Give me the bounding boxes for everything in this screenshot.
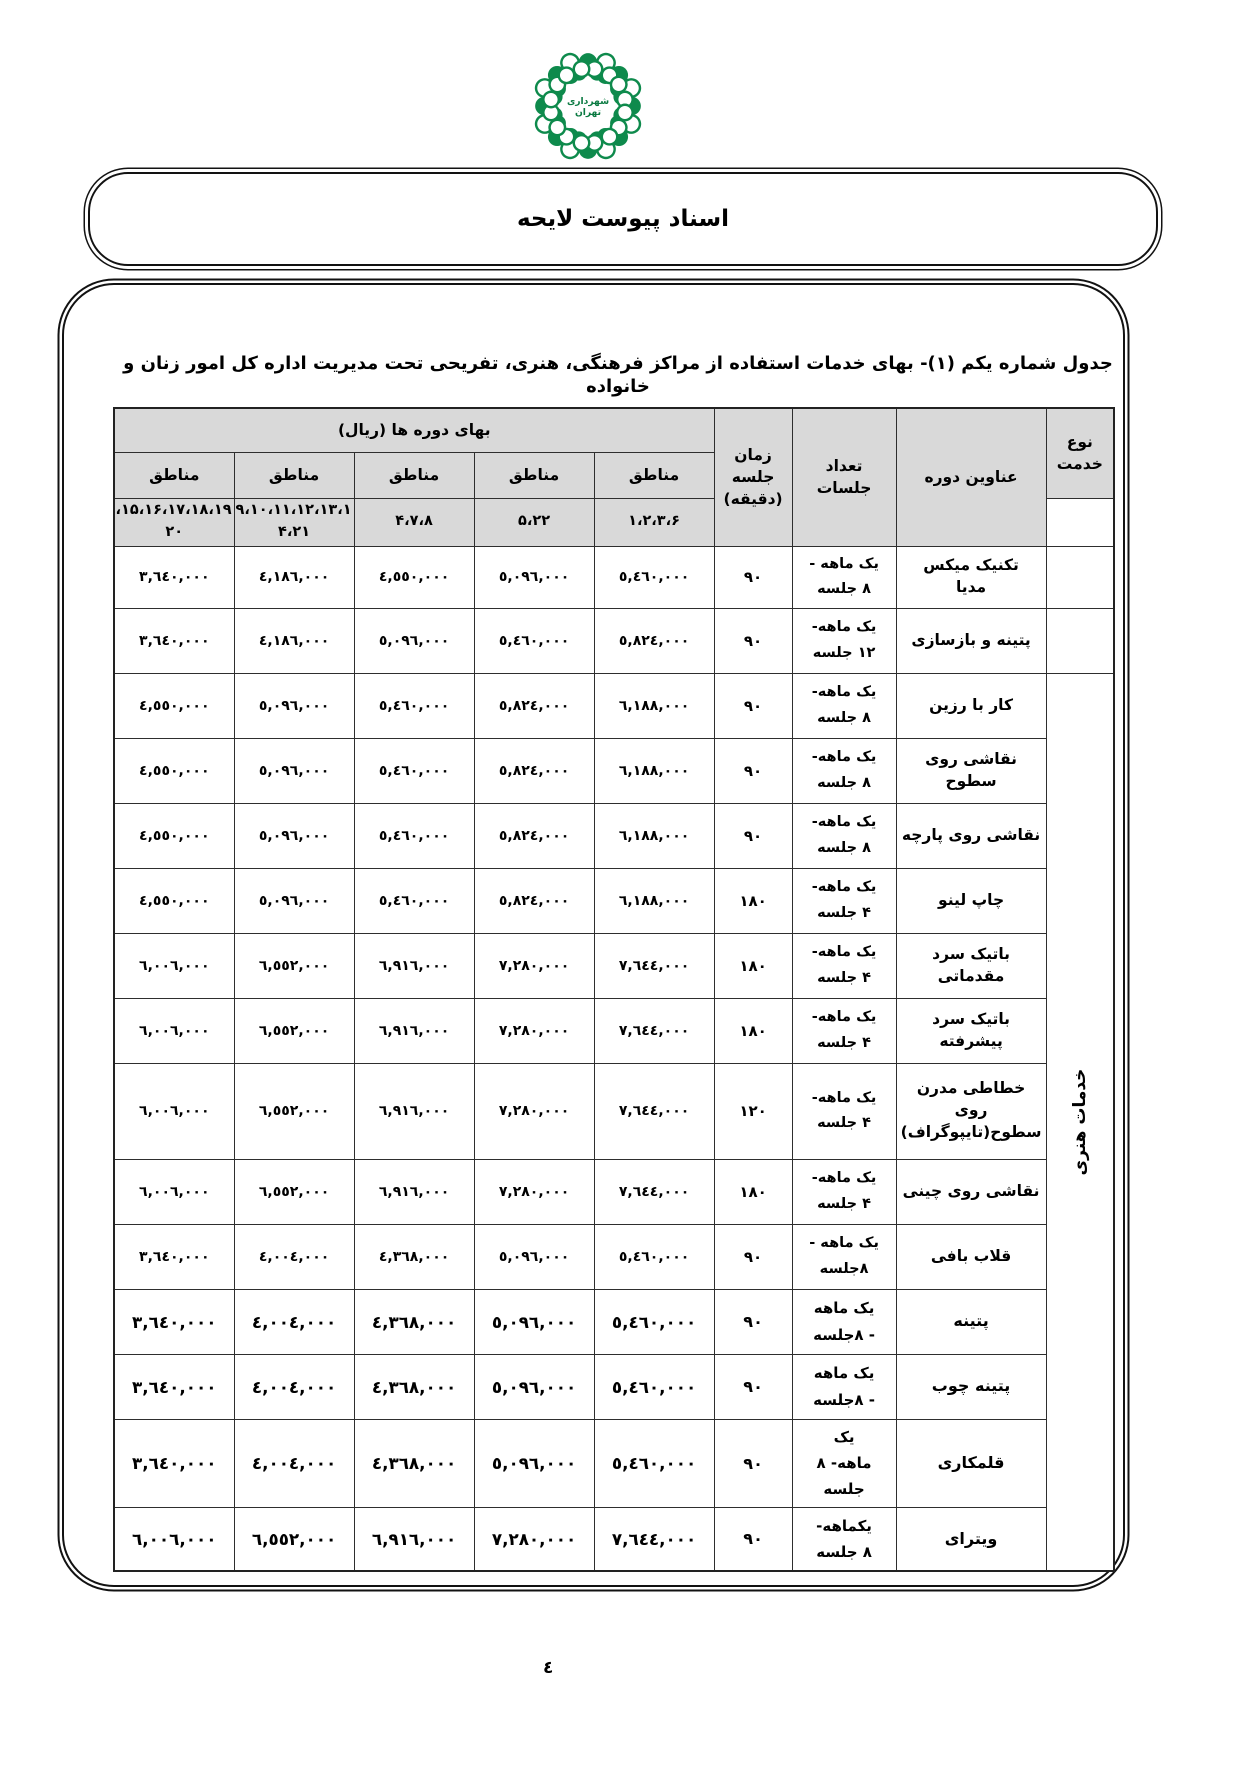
session-time-cell: ۹۰ (714, 608, 792, 673)
price-cell-region-group-0: ٥,٨٢٤,٠٠٠ (594, 608, 714, 673)
course-title-cell: قلاب بافی (896, 1224, 1046, 1289)
price-cell-region-group-0: ٥,٤٦٠,٠٠٠ (594, 1354, 714, 1419)
price-cell-region-group-1: ٧,٢٨٠,٠٠٠ (474, 998, 594, 1063)
session-count-cell: یک ماهه- ۴ جلسه (792, 998, 896, 1063)
price-cell-region-group-4: ٣,٦٤٠,٠٠٠ (114, 546, 234, 608)
price-cell-region-group-3: ٦,٥٥٢,٠٠٠ (234, 1063, 354, 1159)
price-cell-region-group-2: ٥,٤٦٠,٠٠٠ (354, 738, 474, 803)
session-time-cell: ۹۰ (714, 1507, 792, 1571)
service-type-empty-cell (1046, 608, 1114, 673)
price-cell-region-group-3: ٤,١٨٦,٠٠٠ (234, 608, 354, 673)
course-title-cell: پتینه (896, 1289, 1046, 1354)
course-title-cell: باتیک سرد پیشرفته (896, 998, 1046, 1063)
logo-center-text-line2: تهران (575, 108, 601, 118)
price-cell-region-group-0: ٥,٤٦٠,٠٠٠ (594, 1419, 714, 1507)
price-cell-region-group-1: ٥,٠٩٦,٠٠٠ (474, 1289, 594, 1354)
course-title-cell: باتیک سرد مقدماتی (896, 933, 1046, 998)
table-row: تکنیک میکس مدیایک ماهه - ۸ جلسه۹۰٥,٤٦٠,٠… (114, 546, 1114, 608)
regions-label: مناطق (474, 452, 594, 498)
course-title-cell: چاپ لینو (896, 868, 1046, 933)
price-cell-region-group-2: ٤,٣٦٨,٠٠٠ (354, 1224, 474, 1289)
service-type-vertical-label: خدمات هنری (1070, 1068, 1090, 1175)
price-cell-region-group-2: ٦,٩١٦,٠٠٠ (354, 998, 474, 1063)
table-row: قلاب بافییک ماهه - ۸جلسه۹۰٥,٤٦٠,٠٠٠٥,٠٩٦… (114, 1224, 1114, 1289)
price-cell-region-group-4: ٣,٦٤٠,٠٠٠ (114, 1354, 234, 1419)
session-time-cell: ۹۰ (714, 673, 792, 738)
course-title-cell: قلمکاری (896, 1419, 1046, 1507)
table-row: قلمکارییک ماهه- ۸ جلسه۹۰٥,٤٦٠,٠٠٠٥,٠٩٦,٠… (114, 1419, 1114, 1507)
session-count-cell: یک ماهه- ۱۲ جلسه (792, 608, 896, 673)
price-cell-region-group-2: ٦,٩١٦,٠٠٠ (354, 933, 474, 998)
region-group-15-20: ۱۵،۱۶،۱۷،۱۸،۱۹، ۲۰ (114, 498, 234, 546)
col-header-course-title: عناوین دوره (896, 408, 1046, 546)
price-cell-region-group-2: ٤,٥٥٠,٠٠٠ (354, 546, 474, 608)
session-count-cell: یک ماهه- ۸ جلسه (792, 803, 896, 868)
session-count-cell: یک ماهه- ۸ جلسه (792, 738, 896, 803)
price-cell-region-group-3: ٤,٠٠٤,٠٠٠ (234, 1289, 354, 1354)
page-number: ٤ (543, 1658, 553, 1678)
col-header-price: بهای دوره ها (ریال) (114, 408, 714, 452)
price-cell-region-group-3: ٥,٠٩٦,٠٠٠ (234, 738, 354, 803)
price-cell-region-group-3: ٦,٥٥٢,٠٠٠ (234, 933, 354, 998)
region-group-5-22: ۵،۲۲ (474, 498, 594, 546)
session-time-cell: ۹۰ (714, 546, 792, 608)
regions-label: مناطق (234, 452, 354, 498)
price-cell-region-group-0: ٦,١٨٨,٠٠٠ (594, 673, 714, 738)
price-cell-region-group-2: ٥,٤٦٠,٠٠٠ (354, 868, 474, 933)
logo-center-text-line1: شهرداری (567, 97, 609, 107)
price-cell-region-group-1: ٥,٤٦٠,٠٠٠ (474, 608, 594, 673)
course-title-cell: نقاشی روی سطوح (896, 738, 1046, 803)
price-cell-region-group-1: ٥,٠٩٦,٠٠٠ (474, 1354, 594, 1419)
course-title-cell: نقاشی روی پارچه (896, 803, 1046, 868)
price-cell-region-group-0: ٥,٤٦٠,٠٠٠ (594, 1289, 714, 1354)
session-count-cell: یک ماهه - ۸جلسه (792, 1224, 896, 1289)
session-count-cell: یک ماهه- ۴ جلسه (792, 1063, 896, 1159)
col-header-service-type: نوع خدمت (1046, 408, 1114, 498)
price-cell-region-group-4: ٤,٥٥٠,٠٠٠ (114, 738, 234, 803)
region-group-1-2-3-6: ۱،۲،۳،۶ (594, 498, 714, 546)
col-header-session-count: تعداد جلسات (792, 408, 896, 546)
course-title-cell: پتینه و بازسازی (896, 608, 1046, 673)
col-header-session-time: زمان جلسه (دقیقه) (714, 408, 792, 546)
price-cell-region-group-2: ٥,٤٦٠,٠٠٠ (354, 673, 474, 738)
table-row: باتیک سرد پیشرفتهیک ماهه- ۴ جلسه۱۸۰٧,٦٤٤… (114, 998, 1114, 1063)
table-row: پتینه و بازسازییک ماهه- ۱۲ جلسه۹۰٥,٨٢٤,٠… (114, 608, 1114, 673)
table-row: نقاشی روی پارچهیک ماهه- ۸ جلسه۹۰٦,١٨٨,٠٠… (114, 803, 1114, 868)
price-cell-region-group-1: ٥,٠٩٦,٠٠٠ (474, 546, 594, 608)
price-cell-region-group-3: ٤,٠٠٤,٠٠٠ (234, 1419, 354, 1507)
price-cell-region-group-3: ٤,٠٠٤,٠٠٠ (234, 1354, 354, 1419)
price-cell-region-group-0: ٦,١٨٨,٠٠٠ (594, 803, 714, 868)
session-time-cell: ۱۸۰ (714, 1159, 792, 1224)
price-cell-region-group-0: ٦,١٨٨,٠٠٠ (594, 868, 714, 933)
session-count-cell: یک ماهه - ۸جلسه (792, 1289, 896, 1354)
session-count-cell: یک ماهه- ۸ جلسه (792, 673, 896, 738)
table-row: چاپ لینویک ماهه- ۴ جلسه۱۸۰٦,١٨٨,٠٠٠٥,٨٢٤… (114, 868, 1114, 933)
price-cell-region-group-1: ٥,٨٢٤,٠٠٠ (474, 868, 594, 933)
session-time-cell: ۹۰ (714, 1419, 792, 1507)
price-cell-region-group-4: ٣,٦٤٠,٠٠٠ (114, 1419, 234, 1507)
session-time-cell: ۱۸۰ (714, 933, 792, 998)
price-cell-region-group-3: ٦,٥٥٢,٠٠٠ (234, 1159, 354, 1224)
price-cell-region-group-4: ٦,٠٠٦,٠٠٠ (114, 998, 234, 1063)
service-type-gap-cell (1046, 498, 1114, 546)
session-count-cell: یکماهه- ۸ جلسه (792, 1507, 896, 1571)
price-cell-region-group-1: ٥,٠٩٦,٠٠٠ (474, 1419, 594, 1507)
price-cell-region-group-0: ٧,٦٤٤,٠٠٠ (594, 998, 714, 1063)
region-group-9-14-21: ۹،۱۰،۱۱،۱۲،۱۳،۱ ۴،۲۱ (234, 498, 354, 546)
session-time-cell: ۱۸۰ (714, 998, 792, 1063)
price-cell-region-group-0: ٧,٦٤٤,٠٠٠ (594, 1159, 714, 1224)
tehran-municipality-logo-icon: شهرداری تهران (527, 42, 649, 170)
price-table: نوع خدمت عناوین دوره تعداد جلسات زمان جل… (113, 407, 1115, 1572)
course-title-cell: ویترای (896, 1507, 1046, 1571)
service-type-cell: خدمات هنری (1046, 673, 1114, 1571)
price-cell-region-group-1: ٥,٨٢٤,٠٠٠ (474, 673, 594, 738)
price-cell-region-group-4: ٣,٦٤٠,٠٠٠ (114, 608, 234, 673)
price-cell-region-group-1: ٥,٨٢٤,٠٠٠ (474, 738, 594, 803)
price-cell-region-group-1: ٥,٠٩٦,٠٠٠ (474, 1224, 594, 1289)
course-title-cell: کار با رزین (896, 673, 1046, 738)
service-type-empty-cell (1046, 546, 1114, 608)
session-count-cell: یک ماهه - ۸ جلسه (792, 546, 896, 608)
session-count-cell: یک ماهه- ۴ جلسه (792, 1159, 896, 1224)
price-cell-region-group-3: ٦,٥٥٢,٠٠٠ (234, 998, 354, 1063)
price-cell-region-group-0: ٧,٦٤٤,٠٠٠ (594, 933, 714, 998)
table-row: ویتراییکماهه- ۸ جلسه۹۰٧,٦٤٤,٠٠٠٧,٢٨٠,٠٠٠… (114, 1507, 1114, 1571)
price-cell-region-group-4: ٦,٠٠٦,٠٠٠ (114, 1507, 234, 1571)
attachment-title: اسناد پیوست لایحه (517, 206, 729, 232)
table-row: باتیک سرد مقدماتییک ماهه- ۴ جلسه۱۸۰٧,٦٤٤… (114, 933, 1114, 998)
table-row: نقاشی روی چینییک ماهه- ۴ جلسه۱۸۰٧,٦٤٤,٠٠… (114, 1159, 1114, 1224)
price-cell-region-group-2: ٦,٩١٦,٠٠٠ (354, 1507, 474, 1571)
regions-label: مناطق (354, 452, 474, 498)
price-cell-region-group-3: ٤,١٨٦,٠٠٠ (234, 546, 354, 608)
price-cell-region-group-2: ٤,٣٦٨,٠٠٠ (354, 1354, 474, 1419)
session-count-cell: یک ماهه- ۴ جلسه (792, 868, 896, 933)
attachment-title-box: اسناد پیوست لایحه (88, 172, 1158, 266)
price-cell-region-group-0: ٧,٦٤٤,٠٠٠ (594, 1507, 714, 1571)
price-cell-region-group-4: ٣,٦٤٠,٠٠٠ (114, 1289, 234, 1354)
table-row: خطاطی مدرن روی سطوح(تایپوگراف)یک ماهه- ۴… (114, 1063, 1114, 1159)
session-time-cell: ۹۰ (714, 1224, 792, 1289)
session-time-cell: ۱۸۰ (714, 868, 792, 933)
course-title-cell: نقاشی روی چینی (896, 1159, 1046, 1224)
price-cell-region-group-1: ٧,٢٨٠,٠٠٠ (474, 1507, 594, 1571)
price-cell-region-group-3: ٥,٠٩٦,٠٠٠ (234, 673, 354, 738)
table-title: جدول شماره یکم (۱)- بهای خدمات استفاده ا… (123, 352, 1113, 399)
price-cell-region-group-3: ٥,٠٩٦,٠٠٠ (234, 803, 354, 868)
table-row: پتینه چوبیک ماهه - ۸جلسه۹۰٥,٤٦٠,٠٠٠٥,٠٩٦… (114, 1354, 1114, 1419)
price-cell-region-group-1: ٧,٢٨٠,٠٠٠ (474, 1063, 594, 1159)
session-count-cell: یک ماهه- ۴ جلسه (792, 933, 896, 998)
price-cell-region-group-0: ٥,٤٦٠,٠٠٠ (594, 1224, 714, 1289)
price-cell-region-group-4: ٦,٠٠٦,٠٠٠ (114, 933, 234, 998)
session-count-cell: یک ماهه- ۸ جلسه (792, 1419, 896, 1507)
table-row: پتینهیک ماهه - ۸جلسه۹۰٥,٤٦٠,٠٠٠٥,٠٩٦,٠٠٠… (114, 1289, 1114, 1354)
table-row: خدمات هنریکار با رزینیک ماهه- ۸ جلسه۹۰٦,… (114, 673, 1114, 738)
price-cell-region-group-3: ٥,٠٩٦,٠٠٠ (234, 868, 354, 933)
session-time-cell: ۹۰ (714, 738, 792, 803)
session-time-cell: ۹۰ (714, 1354, 792, 1419)
price-cell-region-group-2: ٦,٩١٦,٠٠٠ (354, 1159, 474, 1224)
price-cell-region-group-4: ٦,٠٠٦,٠٠٠ (114, 1159, 234, 1224)
price-cell-region-group-2: ٥,٤٦٠,٠٠٠ (354, 803, 474, 868)
price-cell-region-group-1: ٥,٨٢٤,٠٠٠ (474, 803, 594, 868)
price-cell-region-group-0: ٦,١٨٨,٠٠٠ (594, 738, 714, 803)
price-cell-region-group-4: ٤,٥٥٠,٠٠٠ (114, 673, 234, 738)
regions-label: مناطق (594, 452, 714, 498)
price-cell-region-group-1: ٧,٢٨٠,٠٠٠ (474, 1159, 594, 1224)
course-title-cell: خطاطی مدرن روی سطوح(تایپوگراف) (896, 1063, 1046, 1159)
session-time-cell: ۹۰ (714, 1289, 792, 1354)
course-title-cell: تکنیک میکس مدیا (896, 546, 1046, 608)
price-cell-region-group-4: ٤,٥٥٠,٠٠٠ (114, 868, 234, 933)
price-cell-region-group-4: ٤,٥٥٠,٠٠٠ (114, 803, 234, 868)
price-cell-region-group-0: ٧,٦٤٤,٠٠٠ (594, 1063, 714, 1159)
price-cell-region-group-0: ٥,٤٦٠,٠٠٠ (594, 546, 714, 608)
price-cell-region-group-4: ٣,٦٤٠,٠٠٠ (114, 1224, 234, 1289)
price-cell-region-group-3: ٤,٠٠٤,٠٠٠ (234, 1224, 354, 1289)
price-cell-region-group-2: ٤,٣٦٨,٠٠٠ (354, 1419, 474, 1507)
price-cell-region-group-4: ٦,٠٠٦,٠٠٠ (114, 1063, 234, 1159)
course-title-cell: پتینه چوب (896, 1354, 1046, 1419)
price-cell-region-group-2: ٥,٠٩٦,٠٠٠ (354, 608, 474, 673)
session-time-cell: ۹۰ (714, 803, 792, 868)
price-cell-region-group-2: ٦,٩١٦,٠٠٠ (354, 1063, 474, 1159)
price-cell-region-group-3: ٦,٥٥٢,٠٠٠ (234, 1507, 354, 1571)
regions-label: مناطق (114, 452, 234, 498)
region-group-4-7-8: ۴،۷،۸ (354, 498, 474, 546)
price-cell-region-group-2: ٤,٣٦٨,٠٠٠ (354, 1289, 474, 1354)
document-page: شهرداری تهران اسناد پیوست لایحه جدول شما… (0, 0, 1241, 1778)
price-cell-region-group-1: ٧,٢٨٠,٠٠٠ (474, 933, 594, 998)
session-count-cell: یک ماهه - ۸جلسه (792, 1354, 896, 1419)
session-time-cell: ۱۲۰ (714, 1063, 792, 1159)
table-row: نقاشی روی سطوحیک ماهه- ۸ جلسه۹۰٦,١٨٨,٠٠٠… (114, 738, 1114, 803)
